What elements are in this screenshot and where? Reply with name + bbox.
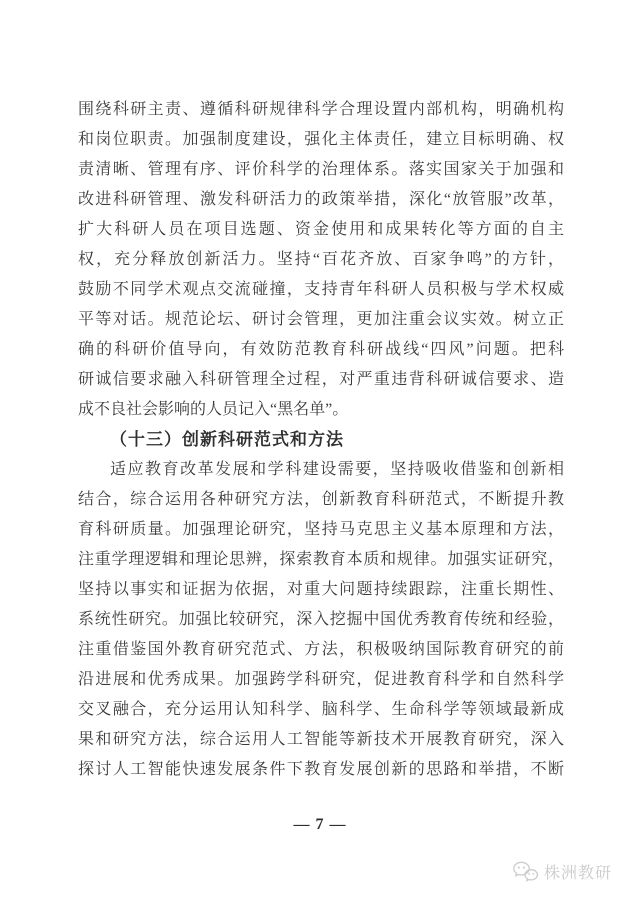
text-line: 围绕科研主责、遵循科研规律科学合理设置内部机构，明确机构 xyxy=(78,95,564,125)
text-line: 适应教育改革发展和学科建设需要，坚持吸收借鉴和创新相 xyxy=(78,455,564,485)
document-text-block: 围绕科研主责、遵循科研规律科学合理设置内部机构，明确机构 和岗位职责。加强制度建… xyxy=(78,95,564,785)
text-line: 平等对话。规范论坛、研讨会管理，更加注重会议实效。树立正 xyxy=(78,305,564,335)
text-line: 育科研质量。加强理论研究，坚持马克思主义基本原理和方法， xyxy=(78,515,564,545)
text-line: 权，充分释放创新活力。坚持“百花齐放、百家争鸣”的方针， xyxy=(78,245,564,275)
text-line: 沿进展和优秀成果。加强跨学科研究，促进教育科学和自然科学 xyxy=(78,665,564,695)
text-line: 注重学理逻辑和理论思辨，探索教育本质和规律。加强实证研究， xyxy=(78,545,564,575)
text-line: 注重借鉴国外教育研究范式、方法，积极吸纳国际教育研究的前 xyxy=(78,635,564,665)
text-line: 坚持以事实和证据为依据，对重大问题持续跟踪，注重长期性、 xyxy=(78,575,564,605)
text-line: 研诚信要求融入科研管理全过程，对严重违背科研诚信要求、造 xyxy=(78,365,564,395)
section-heading: （十三）创新科研范式和方法 xyxy=(78,425,564,455)
wechat-logo-icon xyxy=(512,860,539,883)
text-line: 确的科研价值导向，有效防范教育科研战线“四风”问题。把科 xyxy=(78,335,564,365)
text-line: 探讨人工智能快速发展条件下教育发展创新的思路和举措，不断 xyxy=(78,755,564,785)
text-line: 成不良社会影响的人员记入“黑名单”。 xyxy=(78,395,564,425)
text-line: 责清晰、管理有序、评价科学的治理体系。落实国家关于加强和 xyxy=(78,155,564,185)
page-number: — 7 — xyxy=(0,816,640,834)
text-line: 鼓励不同学术观点交流碰撞，支持青年科研人员积极与学术权威 xyxy=(78,275,564,305)
text-line: 和岗位职责。加强制度建设，强化主体责任，建立目标明确、权 xyxy=(78,125,564,155)
text-line: 结合，综合运用各种研究方法，创新教育科研范式，不断提升教 xyxy=(78,485,564,515)
watermark-label: 株洲教研 xyxy=(544,860,612,883)
text-line: 果和研究方法，综合运用人工智能等新技术开展教育研究，深入 xyxy=(78,725,564,755)
text-line: 改进科研管理、激发科研活力的政策举措，深化“放管服”改革， xyxy=(78,185,564,215)
text-line: 交叉融合，充分运用认知科学、脑科学、生命科学等领域最新成 xyxy=(78,695,564,725)
document-page: 围绕科研主责、遵循科研规律科学合理设置内部机构，明确机构 和岗位职责。加强制度建… xyxy=(0,0,640,905)
text-line: 扩大科研人员在项目选题、资金使用和成果转化等方面的自主 xyxy=(78,215,564,245)
watermark: 株洲教研 xyxy=(512,860,612,883)
text-line: 系统性研究。加强比较研究，深入挖掘中国优秀教育传统和经验， xyxy=(78,605,564,635)
